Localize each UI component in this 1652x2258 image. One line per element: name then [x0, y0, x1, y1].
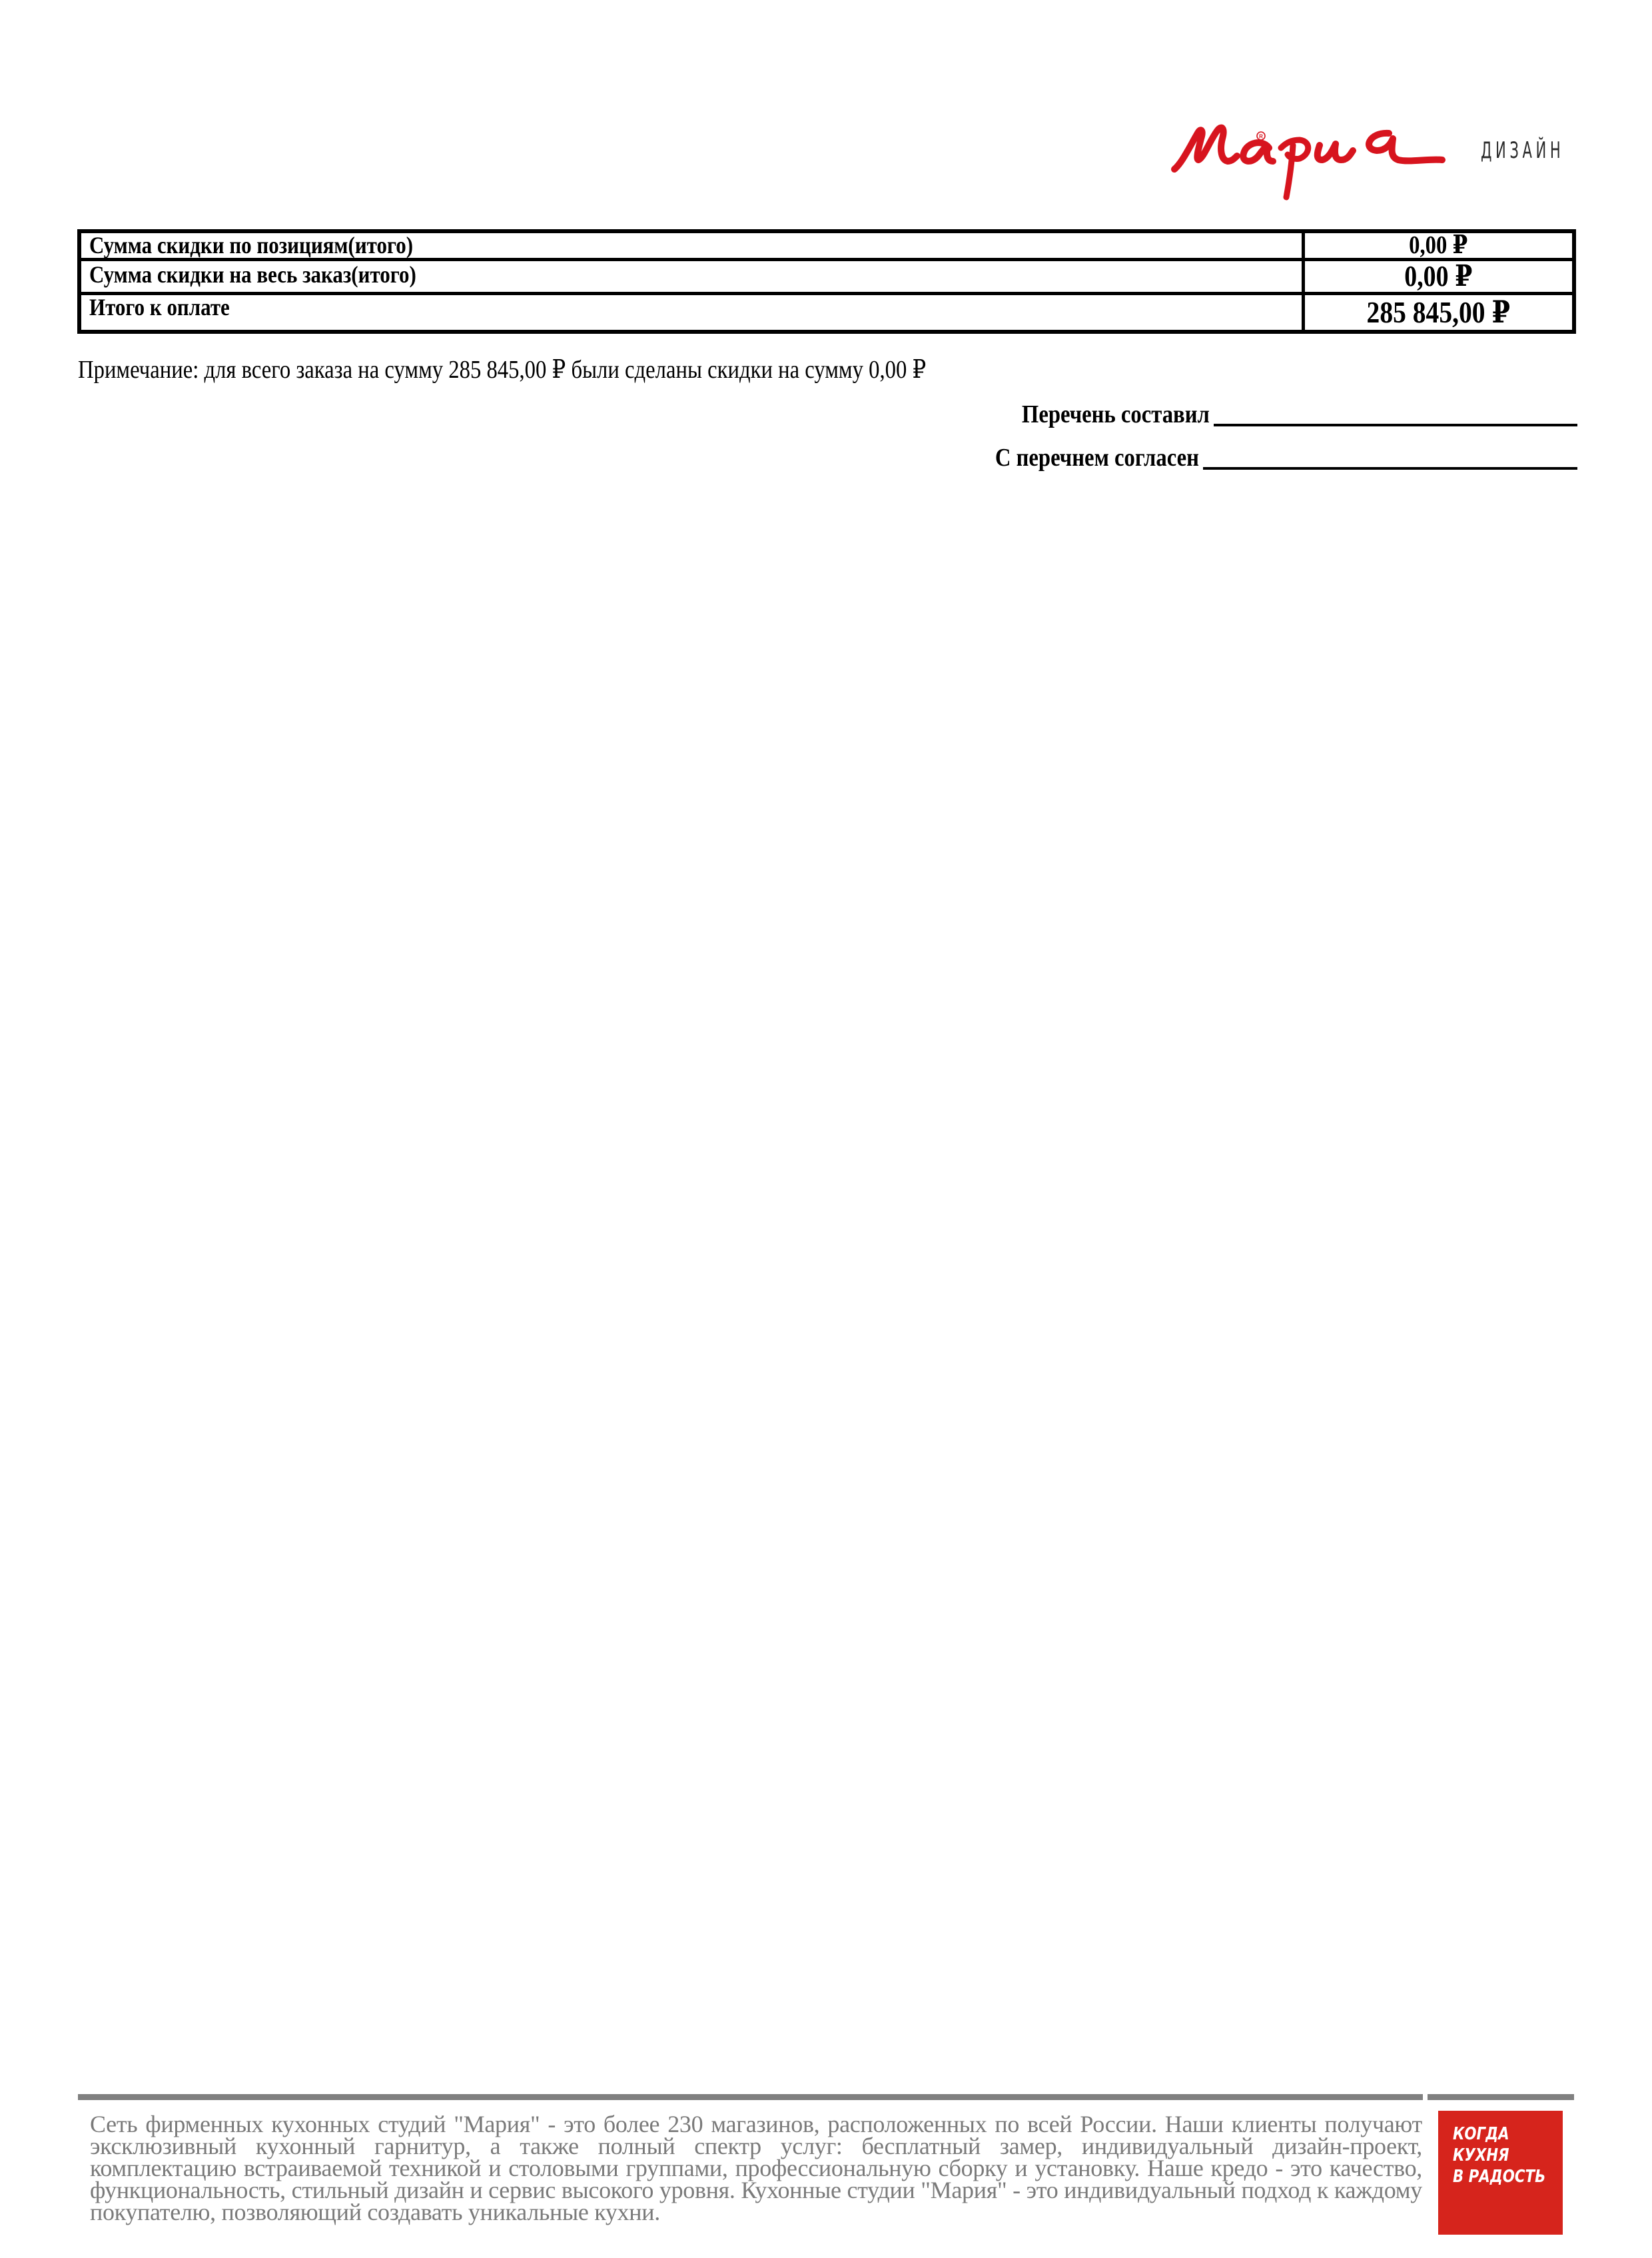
brand-logo: R ДИЗАЙН: [1169, 119, 1569, 205]
slogan-badge: КОГДА КУХНЯ В РАДОСТЬ: [1438, 2111, 1563, 2235]
discount-note: Примечание: для всего заказа на сумму 28…: [78, 354, 926, 384]
slogan-line-3: В РАДОСТЬ: [1453, 2167, 1545, 2187]
table-row-position-discount: Сумма скидки по позициям(итого) 0,00 ₽: [79, 231, 1574, 260]
logo-subtitle: ДИЗАЙН: [1481, 137, 1564, 164]
order-discount-value: 0,00 ₽: [1304, 260, 1575, 294]
total-due-label: Итого к оплате: [79, 294, 1304, 332]
total-due-value: 285 845,00 ₽: [1304, 294, 1575, 332]
order-discount-label: Сумма скидки на весь заказ(итого): [79, 260, 1304, 294]
position-discount-value: 0,00 ₽: [1304, 231, 1575, 260]
total-due-value-text: 285 845,00 ₽: [1367, 295, 1510, 330]
total-due-label-text: Итого к оплате: [89, 295, 230, 319]
signature-agreed: С перечнем согласен: [962, 443, 1577, 472]
agreed-label: С перечнем согласен: [995, 443, 1199, 472]
position-discount-value-text: 0,00 ₽: [1409, 233, 1467, 258]
footer-divider-left: [78, 2094, 1423, 2100]
order-discount-label-text: Сумма скидки на весь заказ(итого): [89, 261, 416, 288]
totals-table: Сумма скидки по позициям(итого) 0,00 ₽ С…: [77, 229, 1576, 334]
compiled-by-label: Перечень составил: [1022, 400, 1210, 429]
footer-divider-right: [1428, 2094, 1574, 2100]
signature-compiled-by: Перечень составил: [991, 400, 1577, 429]
position-discount-label-text: Сумма скидки по позициям(итого): [89, 233, 413, 258]
order-discount-value-text: 0,00 ₽: [1404, 261, 1472, 292]
compiled-by-signature-line: [1214, 424, 1577, 426]
maria-script-logo-icon: R: [1169, 119, 1462, 205]
slogan-line-1: КОГДА: [1453, 2124, 1509, 2144]
footer-company-description: Сеть фирменных кухонных студий "Мария" -…: [90, 2113, 1422, 2223]
agreed-signature-line: [1203, 467, 1577, 470]
table-row-order-discount: Сумма скидки на весь заказ(итого) 0,00 ₽: [79, 260, 1574, 294]
svg-text:R: R: [1259, 134, 1263, 140]
slogan-line-2: КУХНЯ: [1453, 2145, 1509, 2165]
position-discount-label: Сумма скидки по позициям(итого): [79, 231, 1304, 260]
table-row-total-due: Итого к оплате 285 845,00 ₽: [79, 294, 1574, 332]
